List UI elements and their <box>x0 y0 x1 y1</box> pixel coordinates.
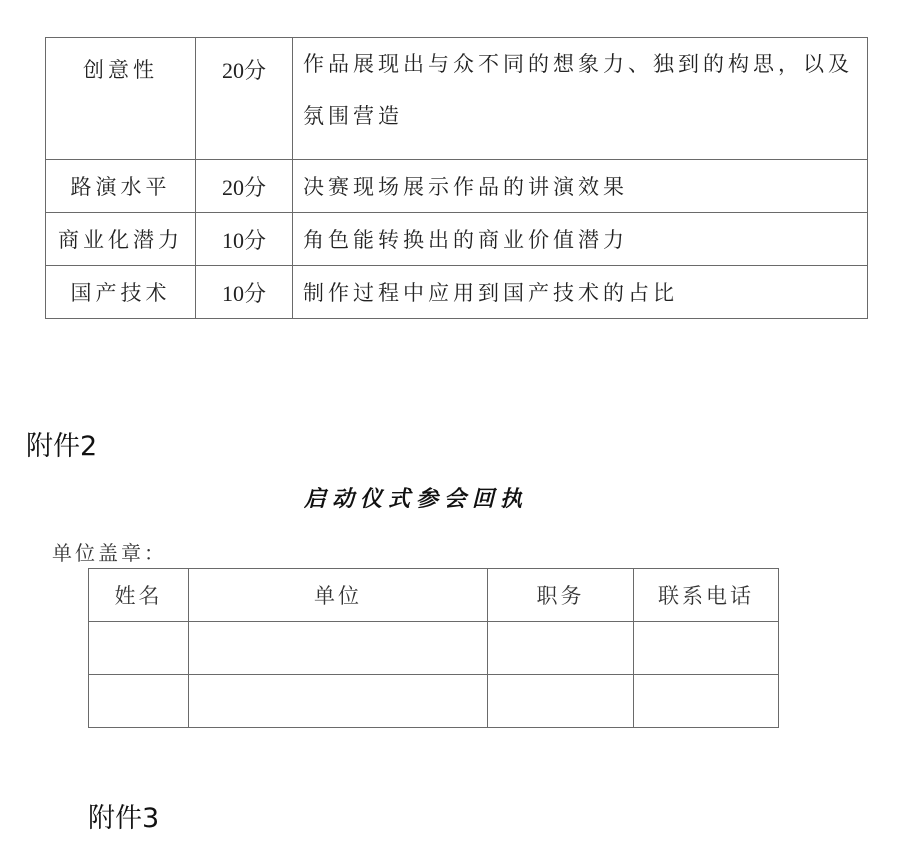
header-phone: 联系电话 <box>634 569 779 622</box>
description-cell: 制作过程中应用到国产技术的占比 <box>293 266 868 319</box>
criterion-cell: 创意性 <box>46 38 196 160</box>
criterion-cell: 国产技术 <box>46 266 196 319</box>
score-cell: 10分 <box>196 266 293 319</box>
form-title: 启动仪式参会回执 <box>304 482 528 513</box>
seal-label: 单位盖章： <box>52 537 167 566</box>
table-row <box>89 675 779 728</box>
header-row: 姓名 单位 职务 联系电话 <box>89 569 779 622</box>
score-cell: 20分 <box>196 160 293 213</box>
phone-cell[interactable] <box>634 675 779 728</box>
description-line-1: 作品展现出与众不同的想象力、独到的构思，以及 <box>303 38 867 90</box>
name-cell[interactable] <box>89 622 189 675</box>
description-line-2: 氛围营造 <box>303 104 403 128</box>
organization-cell[interactable] <box>189 675 488 728</box>
scoring-criteria-table: 创意性 20分 作品展现出与众不同的想象力、独到的构思，以及 氛围营造 路演水平… <box>45 37 868 319</box>
score-cell: 20分 <box>196 38 293 160</box>
header-position: 职务 <box>488 569 634 622</box>
organization-cell[interactable] <box>189 622 488 675</box>
table-row: 国产技术 10分 制作过程中应用到国产技术的占比 <box>46 266 868 319</box>
table-row: 路演水平 20分 决赛现场展示作品的讲演效果 <box>46 160 868 213</box>
description-cell: 作品展现出与众不同的想象力、独到的构思，以及 氛围营造 <box>293 38 868 160</box>
criterion-cell: 路演水平 <box>46 160 196 213</box>
table-row: 商业化潜力 10分 角色能转换出的商业价值潜力 <box>46 213 868 266</box>
attachment-2-heading: 附件2 <box>26 424 97 463</box>
phone-cell[interactable] <box>634 622 779 675</box>
header-name: 姓名 <box>89 569 189 622</box>
table-row <box>89 622 779 675</box>
description-cell: 决赛现场展示作品的讲演效果 <box>293 160 868 213</box>
score-cell: 10分 <box>196 213 293 266</box>
description-cell: 角色能转换出的商业价值潜力 <box>293 213 868 266</box>
name-cell[interactable] <box>89 675 189 728</box>
position-cell[interactable] <box>488 675 634 728</box>
attachment-3-heading: 附件3 <box>88 796 159 835</box>
table-row: 创意性 20分 作品展现出与众不同的想象力、独到的构思，以及 氛围营造 <box>46 38 868 160</box>
reply-table: 姓名 单位 职务 联系电话 <box>88 568 779 728</box>
header-organization: 单位 <box>189 569 488 622</box>
criterion-cell: 商业化潜力 <box>46 213 196 266</box>
position-cell[interactable] <box>488 622 634 675</box>
